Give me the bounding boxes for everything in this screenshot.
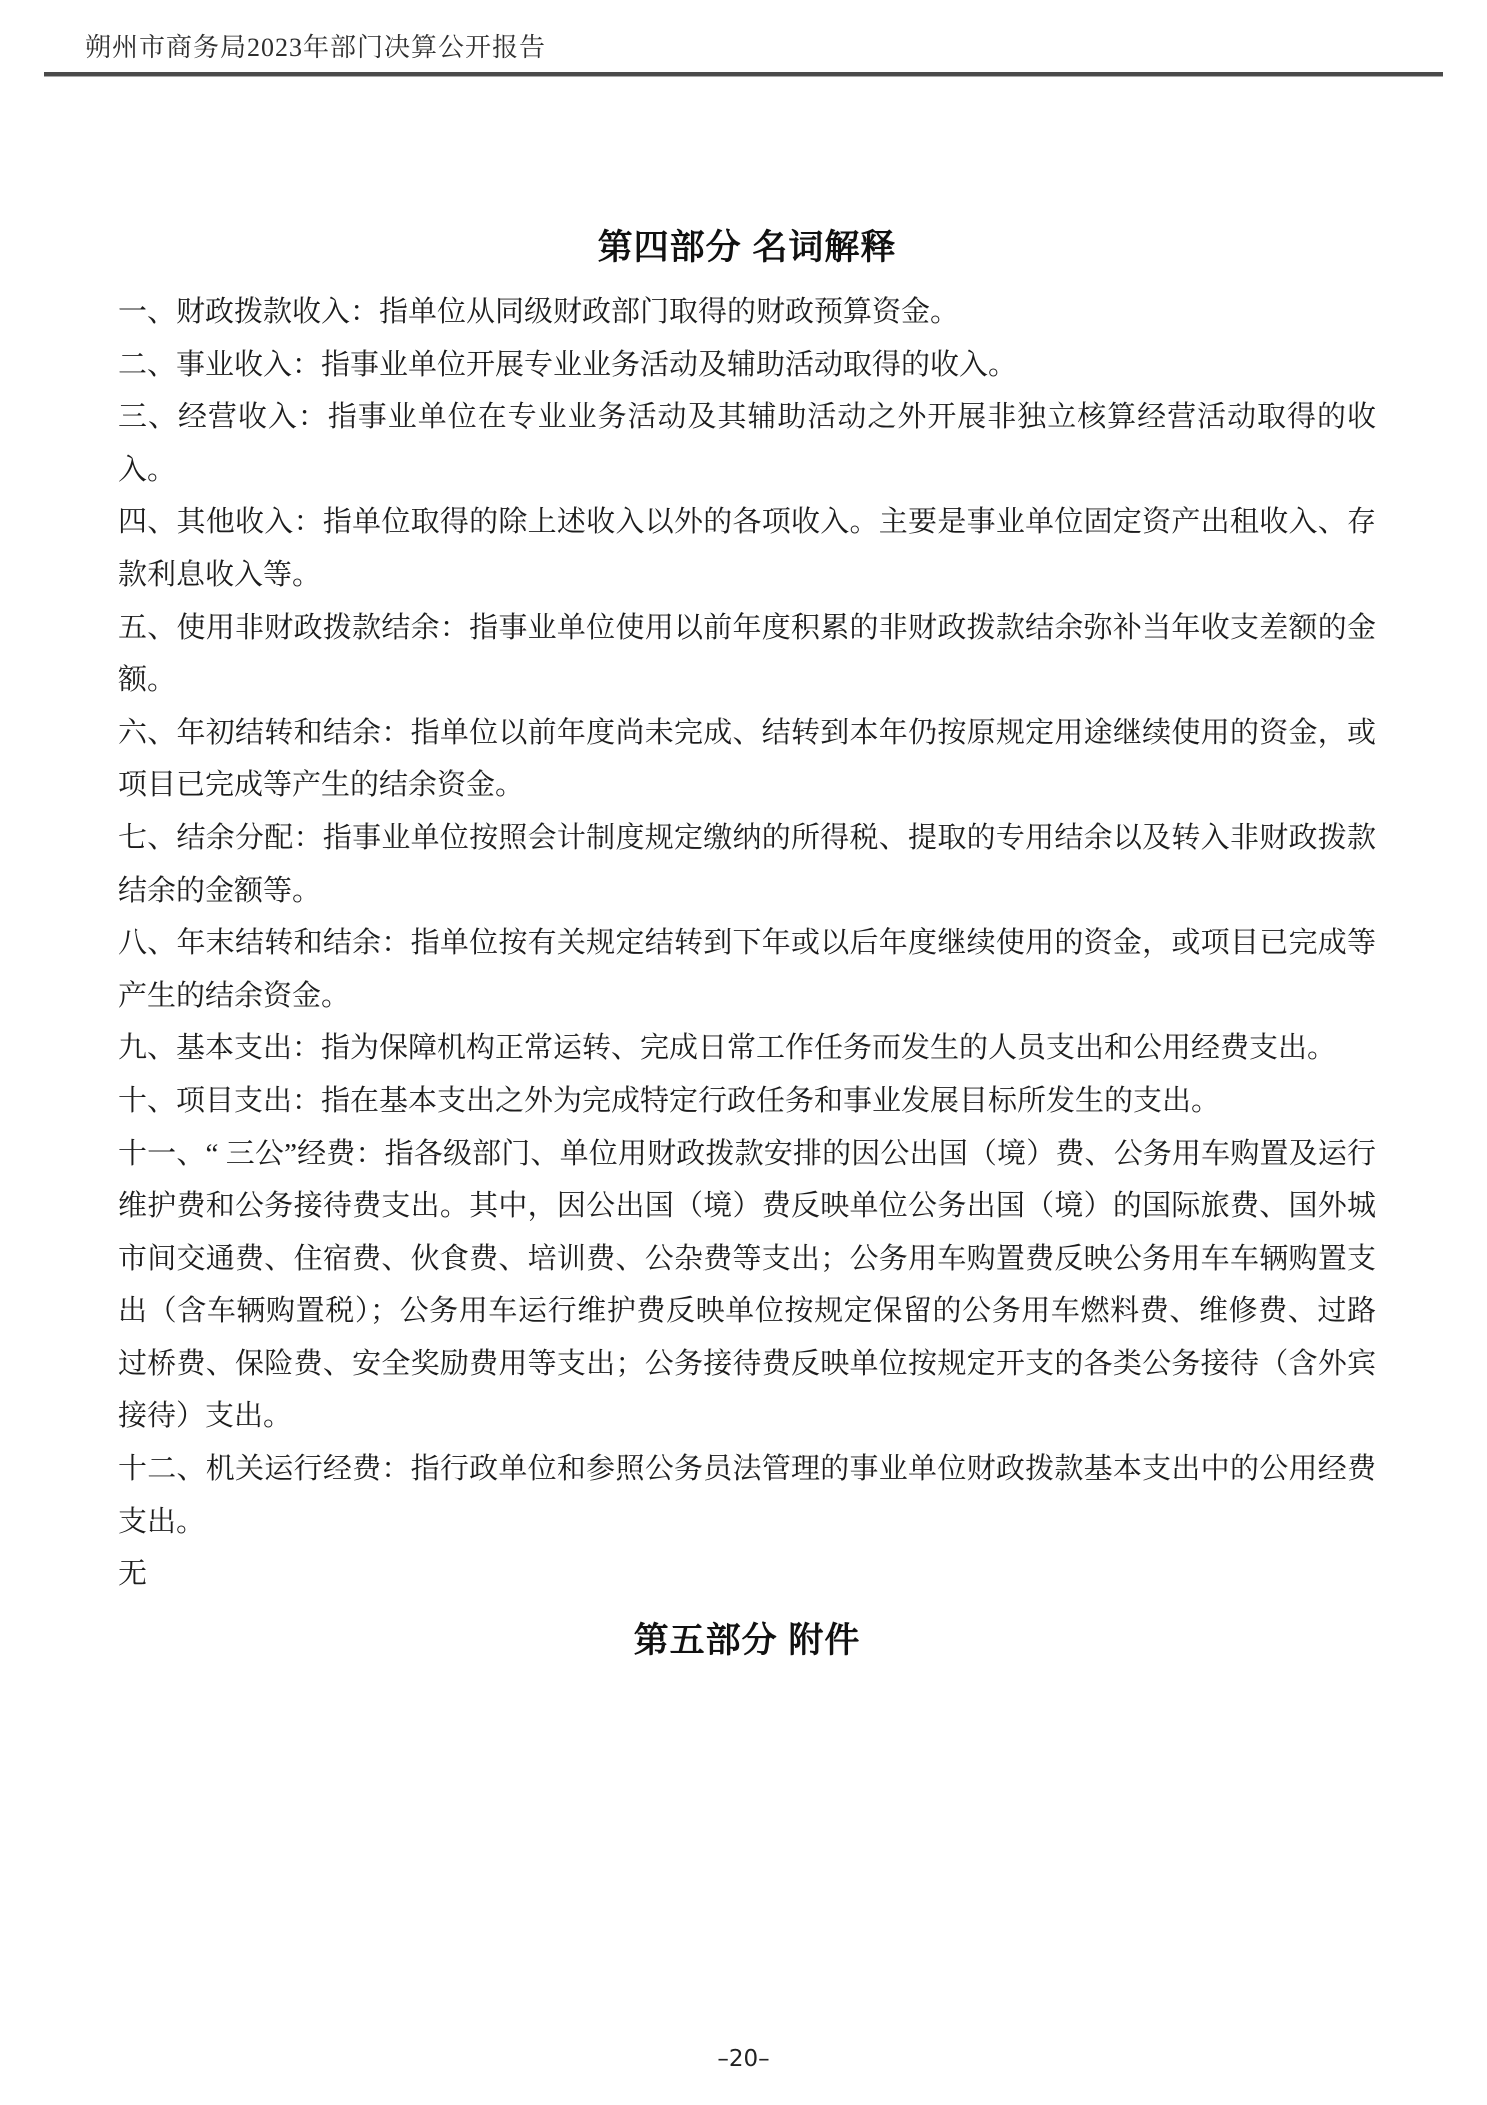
no-content-note: 无 bbox=[118, 1548, 1376, 1601]
definition-item-11: 十一、“ 三公”经费：指各级部门、单位用财政拨款安排的因公出国（境）费、公务用车… bbox=[118, 1128, 1376, 1444]
document-page: 朔州市商务局2023年部门决算公开报告 第四部分 名词解释 一、财政拨款收入：指… bbox=[0, 0, 1487, 2105]
document-body: 第四部分 名词解释 一、财政拨款收入：指单位从同级财政部门取得的财政预算资金。 … bbox=[118, 218, 1376, 1671]
definition-item-12: 十二、机关运行经费：指行政单位和参照公务员法管理的事业单位财政拨款基本支出中的公… bbox=[118, 1443, 1376, 1548]
definition-item-4: 四、其他收入：指单位取得的除上述收入以外的各项收入。主要是事业单位固定资产出租收… bbox=[118, 496, 1376, 601]
section4-heading: 第四部分 名词解释 bbox=[118, 218, 1376, 278]
section5-heading: 第五部分 附件 bbox=[118, 1611, 1376, 1671]
definition-item-6: 六、年初结转和结余：指单位以前年度尚未完成、结转到本年仍按原规定用途继续使用的资… bbox=[118, 707, 1376, 812]
definition-item-7: 七、结余分配：指事业单位按照会计制度规定缴纳的所得税、提取的专用结余以及转入非财… bbox=[118, 812, 1376, 917]
definition-item-1: 一、财政拨款收入：指单位从同级财政部门取得的财政预算资金。 bbox=[118, 286, 1376, 339]
definition-item-5: 五、使用非财政拨款结余：指事业单位使用以前年度积累的非财政拨款结余弥补当年收支差… bbox=[118, 602, 1376, 707]
definition-item-2: 二、事业收入：指事业单位开展专业业务活动及辅助活动取得的收入。 bbox=[118, 339, 1376, 392]
definition-item-10: 十、项目支出：指在基本支出之外为完成特定行政任务和事业发展目标所发生的支出。 bbox=[118, 1075, 1376, 1128]
running-header-title: 朔州市商务局2023年部门决算公开报告 bbox=[85, 33, 1402, 63]
definition-item-3: 三、经营收入：指事业单位在专业业务活动及其辅助活动之外开展非独立核算经营活动取得… bbox=[118, 391, 1376, 496]
glossary-definitions: 一、财政拨款收入：指单位从同级财政部门取得的财政预算资金。 二、事业收入：指事业… bbox=[118, 286, 1376, 1548]
definition-item-9: 九、基本支出：指为保障机构正常运转、完成日常工作任务而发生的人员支出和公用经费支… bbox=[118, 1022, 1376, 1075]
header-divider-rule bbox=[44, 72, 1443, 77]
definition-item-8: 八、年末结转和结余：指单位按有关规定结转到下年或以后年度继续使用的资金，或项目已… bbox=[118, 917, 1376, 1022]
page-number: –20– bbox=[0, 2046, 1487, 2072]
